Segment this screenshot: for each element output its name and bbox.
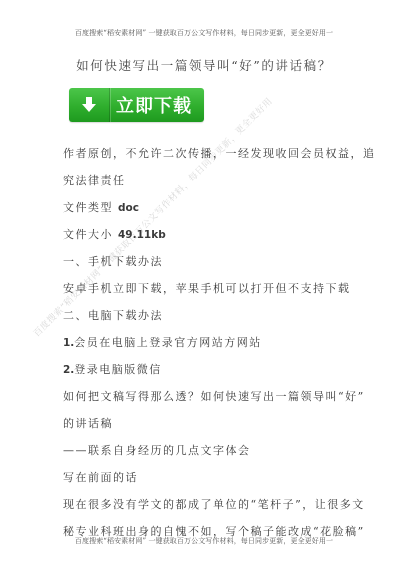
download-button-label: 立即下载 [110, 92, 204, 118]
mobile-instructions: 安卓手机立即下载，苹果手机可以打开但不支持下载 [63, 280, 351, 296]
section-heading-mobile: 一、手机下载办法 [63, 253, 163, 269]
pc-step-2: 2.登录电脑版微信 [63, 361, 162, 377]
file-type-row: 文件类型 doc [63, 199, 139, 215]
step-number: 2. [63, 364, 74, 376]
step-text: 登录电脑版微信 [74, 363, 162, 376]
step-text: 会员在电脑上登录官方网站方网站 [74, 336, 262, 349]
file-size-label: 文件大小 [63, 228, 113, 241]
document-page: 百度搜索“稻安素材网” 一键获取百万公文写作材料，每日同步更新，更全更好用一 如… [0, 0, 408, 580]
preface-heading: 写在前面的话 [63, 469, 138, 485]
header-banner: 百度搜索“稻安素材网” 一键获取百万公文写作材料，每日同步更新，更全更好用一 [0, 28, 408, 38]
download-arrow-icon [69, 88, 110, 122]
pc-step-1: 1.会员在电脑上登录官方网站方网站 [63, 334, 262, 350]
file-size-value: 49.11kb [118, 229, 166, 241]
download-now-button[interactable]: 立即下载 [69, 88, 204, 122]
file-type-value: doc [118, 202, 139, 214]
footer-banner: 百度搜索“稻安素材网” 一键获取百万公文写作材料，每日同步更新，更全更好用一 [0, 536, 408, 546]
copyright-notice-line-1: 作者原创，不允许二次传播，一经发现收回会员权益，追 [63, 145, 376, 161]
copyright-notice-line-2: 究法律责任 [63, 172, 126, 188]
section-heading-pc: 二、电脑下载办法 [63, 307, 163, 323]
article-heading-line-2: 的讲话稿 [63, 415, 113, 431]
step-number: 1. [63, 337, 74, 349]
document-title: 如何快速写出一篇领导叫“好”的讲话稿？ [0, 56, 408, 74]
article-heading-line-1: 如何把文稿写得那么透？如何快速写出一篇领导叫“好” [63, 388, 365, 404]
file-size-row: 文件大小 49.11kb [63, 226, 166, 242]
diagonal-watermark: 百度搜索“稻安素材网”一键获取百万公文写作材料，每日同步更新，更全更好用 [30, 94, 275, 339]
file-type-label: 文件类型 [63, 201, 113, 214]
paragraph-line-1: 现在很多没有学文的都成了单位的“笔杆子”，让很多文 [63, 496, 365, 512]
article-subtitle: ——联系自身经历的几点文字体会 [63, 442, 251, 458]
